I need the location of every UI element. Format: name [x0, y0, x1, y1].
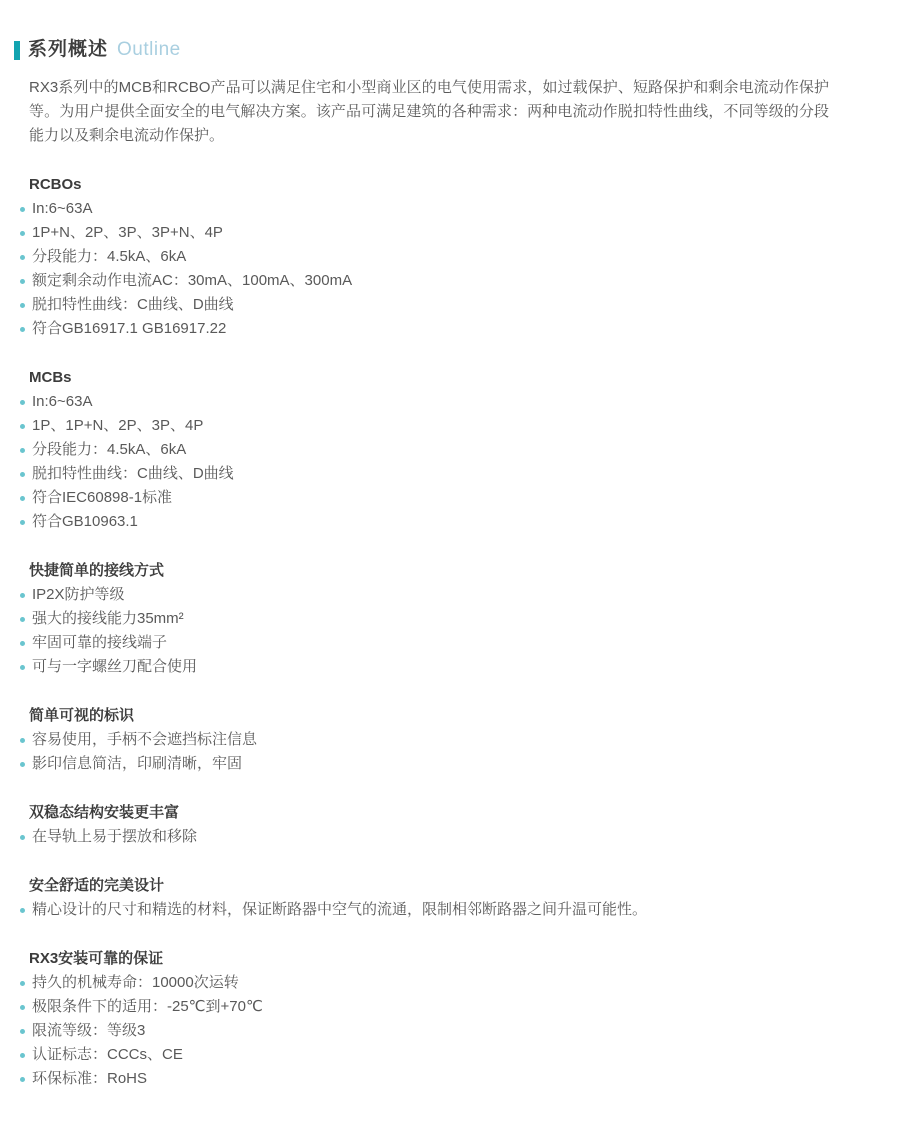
- bullet-list: In:6~63A1P、1P+N、2P、3P、4P分段能力：4.5kA、6kA脱扣…: [29, 390, 870, 534]
- list-item-text: 牢固可靠的接线端子: [32, 634, 167, 651]
- list-item-text: 分段能力：4.5kA、6kA: [32, 248, 186, 265]
- bullet-dot-icon: [20, 255, 25, 260]
- bullet-dot-icon: [20, 1029, 25, 1034]
- list-item-text: 环保标准：RoHS: [32, 1070, 147, 1087]
- list-item-text: 影印信息简洁，印刷清晰，牢固: [32, 755, 242, 772]
- bullet-dot-icon: [20, 835, 25, 840]
- list-item-text: 强大的接线能力35mm²: [32, 610, 184, 627]
- section-heading: 安全舒适的完美设计: [29, 874, 870, 898]
- intro-paragraph: RX3系列中的MCB和RCBO产品可以满足住宅和小型商业区的电气使用需求，如过载…: [29, 76, 829, 148]
- bullet-dot-icon: [20, 496, 25, 501]
- list-item: 脱扣特性曲线：C曲线、D曲线: [20, 293, 870, 317]
- bullet-list: 持久的机械寿命：10000次运转极限条件下的适用：-25℃到+70℃限流等级：等…: [29, 971, 870, 1091]
- list-item: In:6~63A: [20, 197, 870, 221]
- list-item-text: 可与一字螺丝刀配合使用: [32, 658, 197, 675]
- list-item-text: 符合IEC60898-1标准: [32, 489, 172, 506]
- list-item-text: IP2X防护等级: [32, 586, 125, 603]
- section: 双稳态结构安装更丰富在导轨上易于摆放和移除: [29, 801, 870, 849]
- bullet-dot-icon: [20, 981, 25, 986]
- section: RX3安装可靠的保证持久的机械寿命：10000次运转极限条件下的适用：-25℃到…: [29, 947, 870, 1091]
- sections-container: RCBOsIn:6~63A1P+N、2P、3P、3P+N、4P分段能力：4.5k…: [29, 173, 870, 1091]
- list-item: 分段能力：4.5kA、6kA: [20, 438, 870, 462]
- bullet-dot-icon: [20, 231, 25, 236]
- list-item-text: In:6~63A: [32, 393, 92, 410]
- list-item-text: 分段能力：4.5kA、6kA: [32, 441, 186, 458]
- list-item: In:6~63A: [20, 390, 870, 414]
- bullet-list: 在导轨上易于摆放和移除: [29, 825, 870, 849]
- list-item: 1P、1P+N、2P、3P、4P: [20, 414, 870, 438]
- list-item-text: 脱扣特性曲线：C曲线、D曲线: [32, 296, 234, 313]
- list-item-text: 符合GB16917.1 GB16917.22: [32, 320, 226, 337]
- page-title-cn: 系列概述: [28, 38, 108, 62]
- list-item-text: 精心设计的尺寸和精选的材料，保证断路器中空气的流通，限制相邻断路器之间升温可能性…: [32, 901, 647, 918]
- section-heading: 快捷简单的接线方式: [29, 559, 870, 583]
- section-heading: MCBs: [29, 366, 870, 390]
- list-item: 环保标准：RoHS: [20, 1067, 870, 1091]
- bullet-dot-icon: [20, 303, 25, 308]
- bullet-dot-icon: [20, 641, 25, 646]
- section-heading: RX3安装可靠的保证: [29, 947, 870, 971]
- list-item: 符合IEC60898-1标准: [20, 486, 870, 510]
- bullet-dot-icon: [20, 520, 25, 525]
- list-item-text: 1P、1P+N、2P、3P、4P: [32, 417, 203, 434]
- bullet-list: In:6~63A1P+N、2P、3P、3P+N、4P分段能力：4.5kA、6kA…: [29, 197, 870, 341]
- list-item-text: 1P+N、2P、3P、3P+N、4P: [32, 224, 223, 241]
- accent-bar: [14, 41, 20, 60]
- bullet-list: 精心设计的尺寸和精选的材料，保证断路器中空气的流通，限制相邻断路器之间升温可能性…: [29, 898, 870, 922]
- bullet-dot-icon: [20, 762, 25, 767]
- bullet-dot-icon: [20, 207, 25, 212]
- section: MCBsIn:6~63A1P、1P+N、2P、3P、4P分段能力：4.5kA、6…: [29, 366, 870, 534]
- bullet-dot-icon: [20, 1077, 25, 1082]
- list-item-text: 脱扣特性曲线：C曲线、D曲线: [32, 465, 234, 482]
- bullet-dot-icon: [20, 738, 25, 743]
- section-heading: 简单可视的标识: [29, 704, 870, 728]
- list-item-text: 持久的机械寿命：10000次运转: [32, 974, 239, 991]
- list-item: 强大的接线能力35mm²: [20, 607, 870, 631]
- page-content: RX3系列中的MCB和RCBO产品可以满足住宅和小型商业区的电气使用需求，如过载…: [0, 76, 900, 1091]
- bullet-dot-icon: [20, 279, 25, 284]
- bullet-list: IP2X防护等级强大的接线能力35mm²牢固可靠的接线端子可与一字螺丝刀配合使用: [29, 583, 870, 679]
- list-item: 可与一字螺丝刀配合使用: [20, 655, 870, 679]
- section: RCBOsIn:6~63A1P+N、2P、3P、3P+N、4P分段能力：4.5k…: [29, 173, 870, 341]
- list-item: 牢固可靠的接线端子: [20, 631, 870, 655]
- section: 快捷简单的接线方式IP2X防护等级强大的接线能力35mm²牢固可靠的接线端子可与…: [29, 559, 870, 679]
- list-item: 符合GB16917.1 GB16917.22: [20, 317, 870, 341]
- list-item: 符合GB10963.1: [20, 510, 870, 534]
- page-title-en: Outline: [117, 38, 181, 62]
- list-item: 持久的机械寿命：10000次运转: [20, 971, 870, 995]
- list-item: 认证标志：CCCs、CE: [20, 1043, 870, 1067]
- section: 安全舒适的完美设计精心设计的尺寸和精选的材料，保证断路器中空气的流通，限制相邻断…: [29, 874, 870, 922]
- list-item-text: 在导轨上易于摆放和移除: [32, 828, 197, 845]
- list-item: IP2X防护等级: [20, 583, 870, 607]
- section: 简单可视的标识容易使用，手柄不会遮挡标注信息影印信息简洁，印刷清晰，牢固: [29, 704, 870, 776]
- list-item: 影印信息简洁，印刷清晰，牢固: [20, 752, 870, 776]
- list-item: 极限条件下的适用：-25℃到+70℃: [20, 995, 870, 1019]
- catalog-page: 系列概述 Outline RX3系列中的MCB和RCBO产品可以满足住宅和小型商…: [0, 0, 900, 1124]
- bullet-dot-icon: [20, 400, 25, 405]
- page-header: 系列概述 Outline: [0, 0, 900, 62]
- bullet-dot-icon: [20, 908, 25, 913]
- list-item: 1P+N、2P、3P、3P+N、4P: [20, 221, 870, 245]
- bullet-dot-icon: [20, 1005, 25, 1010]
- list-item-text: 极限条件下的适用：-25℃到+70℃: [32, 998, 263, 1015]
- list-item-text: 额定剩余动作电流AC：30mA、100mA、300mA: [32, 272, 352, 289]
- list-item: 脱扣特性曲线：C曲线、D曲线: [20, 462, 870, 486]
- list-item-text: 容易使用，手柄不会遮挡标注信息: [32, 731, 257, 748]
- bullet-dot-icon: [20, 424, 25, 429]
- bullet-dot-icon: [20, 472, 25, 477]
- list-item: 额定剩余动作电流AC：30mA、100mA、300mA: [20, 269, 870, 293]
- section-heading: 双稳态结构安装更丰富: [29, 801, 870, 825]
- bullet-dot-icon: [20, 1053, 25, 1058]
- bullet-dot-icon: [20, 665, 25, 670]
- bullet-dot-icon: [20, 448, 25, 453]
- list-item-text: 认证标志：CCCs、CE: [32, 1046, 183, 1063]
- list-item: 分段能力：4.5kA、6kA: [20, 245, 870, 269]
- list-item-text: 符合GB10963.1: [32, 513, 138, 530]
- bullet-dot-icon: [20, 593, 25, 598]
- list-item: 容易使用，手柄不会遮挡标注信息: [20, 728, 870, 752]
- bullet-dot-icon: [20, 617, 25, 622]
- section-heading: RCBOs: [29, 173, 870, 197]
- bullet-dot-icon: [20, 327, 25, 332]
- list-item-text: In:6~63A: [32, 200, 92, 217]
- list-item-text: 限流等级：等级3: [32, 1022, 145, 1039]
- list-item: 在导轨上易于摆放和移除: [20, 825, 870, 849]
- list-item: 限流等级：等级3: [20, 1019, 870, 1043]
- bullet-list: 容易使用，手柄不会遮挡标注信息影印信息简洁，印刷清晰，牢固: [29, 728, 870, 776]
- list-item: 精心设计的尺寸和精选的材料，保证断路器中空气的流通，限制相邻断路器之间升温可能性…: [20, 898, 870, 922]
